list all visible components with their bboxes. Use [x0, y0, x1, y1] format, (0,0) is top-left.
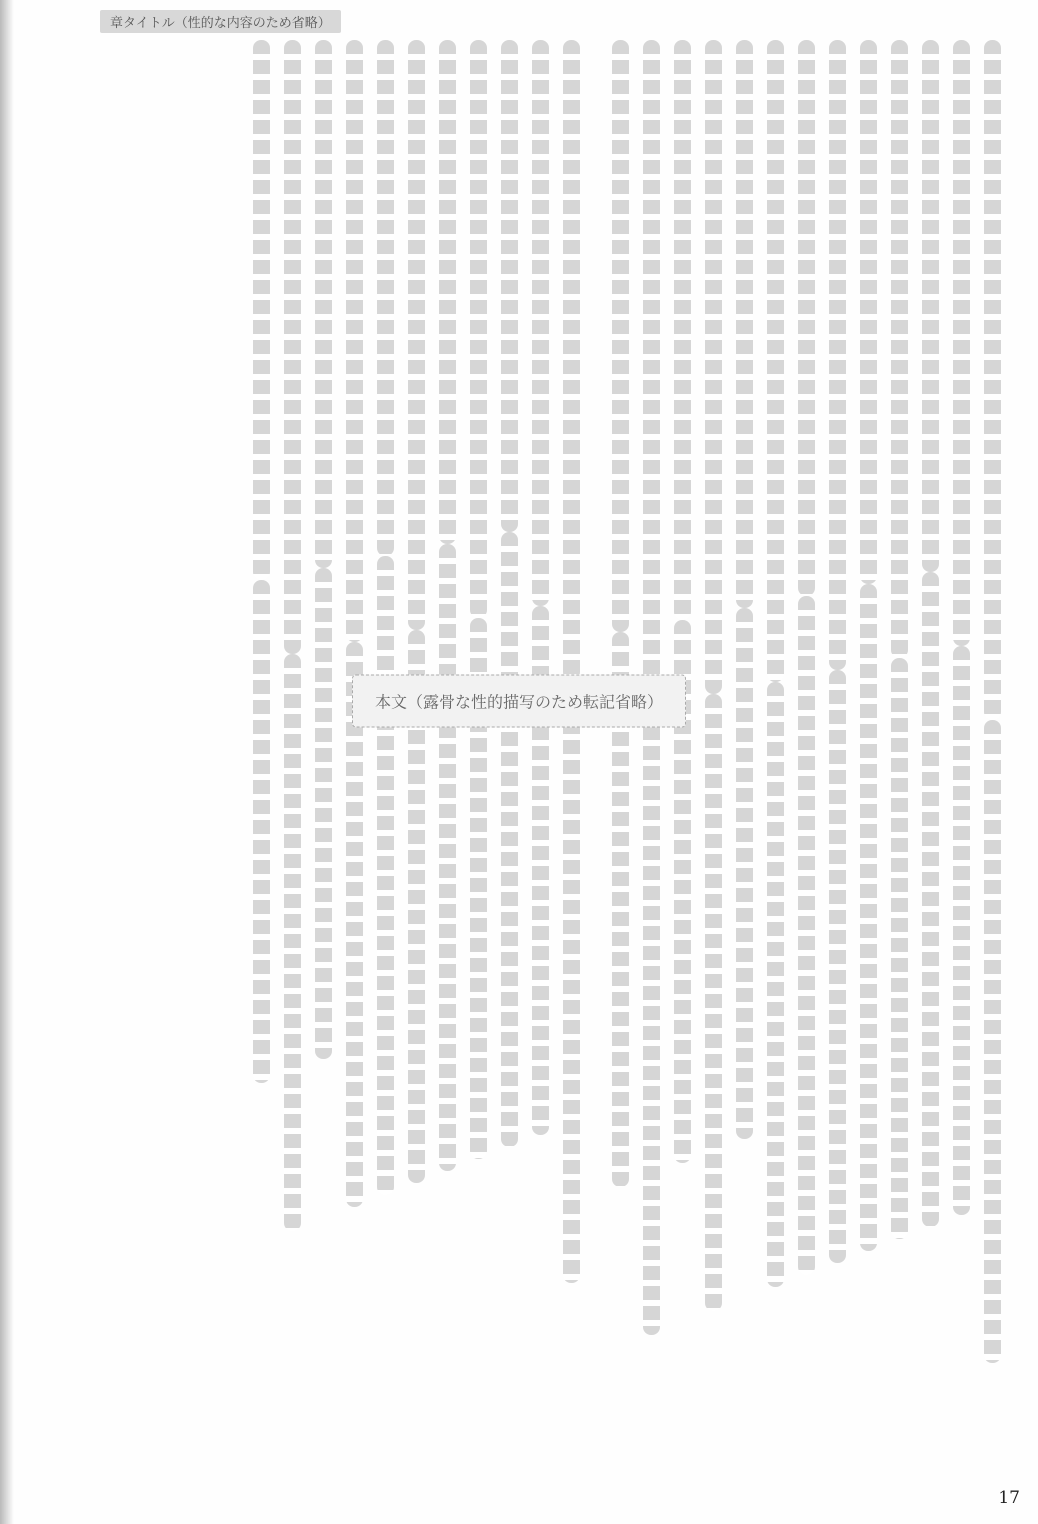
redacted-text-column	[612, 40, 629, 632]
redacted-text-column	[563, 680, 580, 1283]
redacted-text-column	[643, 40, 660, 706]
redaction-notice: 本文（露骨な性的描写のため転記省略）	[352, 675, 686, 728]
vertical-text-body	[60, 40, 1008, 1464]
redacted-text-column	[953, 40, 970, 646]
redacted-text-column	[470, 40, 487, 618]
redacted-text-column	[253, 40, 270, 580]
redacted-text-column	[253, 580, 270, 1083]
redacted-text-column	[891, 40, 908, 658]
redacted-text-column	[315, 40, 332, 568]
redacted-text-column	[408, 40, 425, 630]
redacted-text-column	[501, 532, 518, 1147]
document-page: 章タイトル（性的な内容のため省略） 本文（露骨な性的描写のため転記省略） 17	[0, 0, 1038, 1524]
redacted-text-column	[315, 568, 332, 1059]
redacted-text-column	[984, 40, 1001, 720]
redacted-text-column	[532, 40, 549, 606]
redacted-text-column	[922, 40, 939, 572]
redacted-text-column	[829, 40, 846, 670]
redacted-text-column	[284, 654, 301, 1231]
redacted-text-column	[829, 670, 846, 1263]
page-number: 17	[998, 1488, 1020, 1508]
redacted-text-column	[860, 40, 877, 584]
redacted-text-column	[501, 40, 518, 532]
text-block-lower	[246, 40, 587, 1464]
redacted-text-column	[767, 682, 784, 1287]
redacted-text-column	[377, 556, 394, 1195]
redacted-text-column	[439, 544, 456, 1171]
redacted-text-column	[767, 40, 784, 682]
redacted-text-column	[563, 40, 580, 680]
text-block-upper	[605, 40, 1008, 1464]
chapter-header: 章タイトル（性的な内容のため省略）	[100, 8, 998, 34]
redacted-text-column	[922, 572, 939, 1227]
redacted-text-column	[736, 40, 753, 608]
redacted-text-column	[674, 40, 691, 620]
redacted-text-column	[736, 608, 753, 1139]
redacted-text-column	[643, 706, 660, 1335]
redacted-text-column	[439, 40, 456, 544]
redacted-text-column	[798, 40, 815, 596]
redacted-text-column	[705, 694, 722, 1311]
redacted-text-column	[891, 658, 908, 1239]
redacted-text-column	[705, 40, 722, 694]
redacted-text-column	[984, 720, 1001, 1363]
redacted-text-column	[953, 646, 970, 1215]
chapter-title-redacted: 章タイトル（性的な内容のため省略）	[100, 10, 341, 33]
redacted-text-column	[346, 40, 363, 642]
redacted-columns-lower	[246, 40, 587, 1464]
redacted-text-column	[377, 40, 394, 556]
redacted-columns-upper	[605, 40, 1008, 1464]
redacted-text-column	[798, 596, 815, 1275]
redacted-text-column	[284, 40, 301, 654]
redacted-text-column	[860, 584, 877, 1251]
